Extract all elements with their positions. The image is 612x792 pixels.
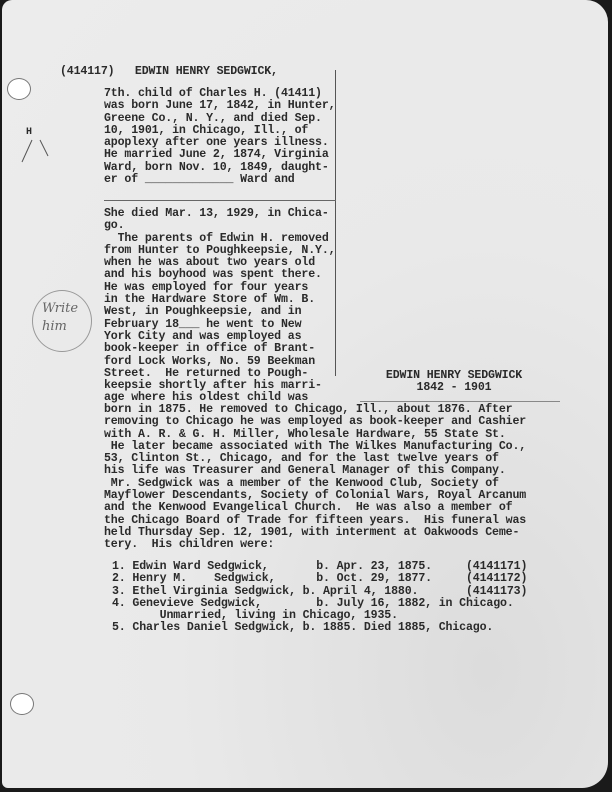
pencil-mark-icon: [12, 138, 52, 168]
caption-name: EDWIN HENRY SEDGWICK: [386, 369, 522, 382]
text-line: was born June 17, 1842, in Hunter,: [104, 100, 335, 112]
text-line: He married June 2, 1874, Virginia: [104, 149, 335, 161]
text-line: ford Lock Works, No. 59 Beekman: [104, 356, 335, 368]
left-column-text-2: She died Mar. 13, 1929, in Chica-go. The…: [104, 208, 335, 405]
child-entry: 2. Henry M. Sedgwick, b. Oct. 29, 1877. …: [112, 573, 527, 585]
text-line: er of _____________ Ward and: [104, 174, 335, 186]
record-header: (414117) EDWIN HENRY SEDGWICK,: [60, 66, 278, 78]
punch-hole: [7, 78, 31, 100]
pencil-note: Write him: [42, 300, 82, 336]
text-line: his life was Treasurer and General Manag…: [104, 465, 526, 477]
text-line: go.: [104, 220, 335, 232]
caption: EDWIN HENRY SEDGWICK 1842 - 1901: [384, 370, 524, 395]
record-id: (414117): [60, 65, 114, 78]
blank-rule: [104, 200, 336, 201]
biography-text: born in 1875. He removed to Chicago, Ill…: [104, 404, 526, 552]
text-line: removing to Chicago he was employed as b…: [104, 416, 526, 428]
left-column-text: 7th. child of Charles H. (41411)was born…: [104, 88, 335, 186]
text-line: tery. His children were:: [104, 539, 526, 551]
text-line: book-keeper in office of Brant-: [104, 343, 335, 355]
document-page: (414117) EDWIN HENRY SEDGWICK, H 7th. ch…: [2, 0, 608, 788]
record-name: EDWIN HENRY SEDGWICK,: [135, 65, 278, 78]
text-line: and his boyhood was spent there.: [104, 269, 335, 281]
text-line: and the Kenwood Evangelical Church. He w…: [104, 502, 526, 514]
caption-rule: [360, 401, 560, 402]
caption-dates: 1842 - 1901: [417, 381, 492, 394]
children-list: 1. Edwin Ward Sedgwick, b. Apr. 23, 1875…: [112, 561, 527, 635]
text-line: She died Mar. 13, 1929, in Chica-: [104, 208, 335, 220]
text-line: West, in Poughkeepsie, and in: [104, 306, 335, 318]
child-entry: 5. Charles Daniel Sedgwick, b. 1885. Die…: [112, 622, 527, 634]
punch-hole: [10, 693, 34, 715]
